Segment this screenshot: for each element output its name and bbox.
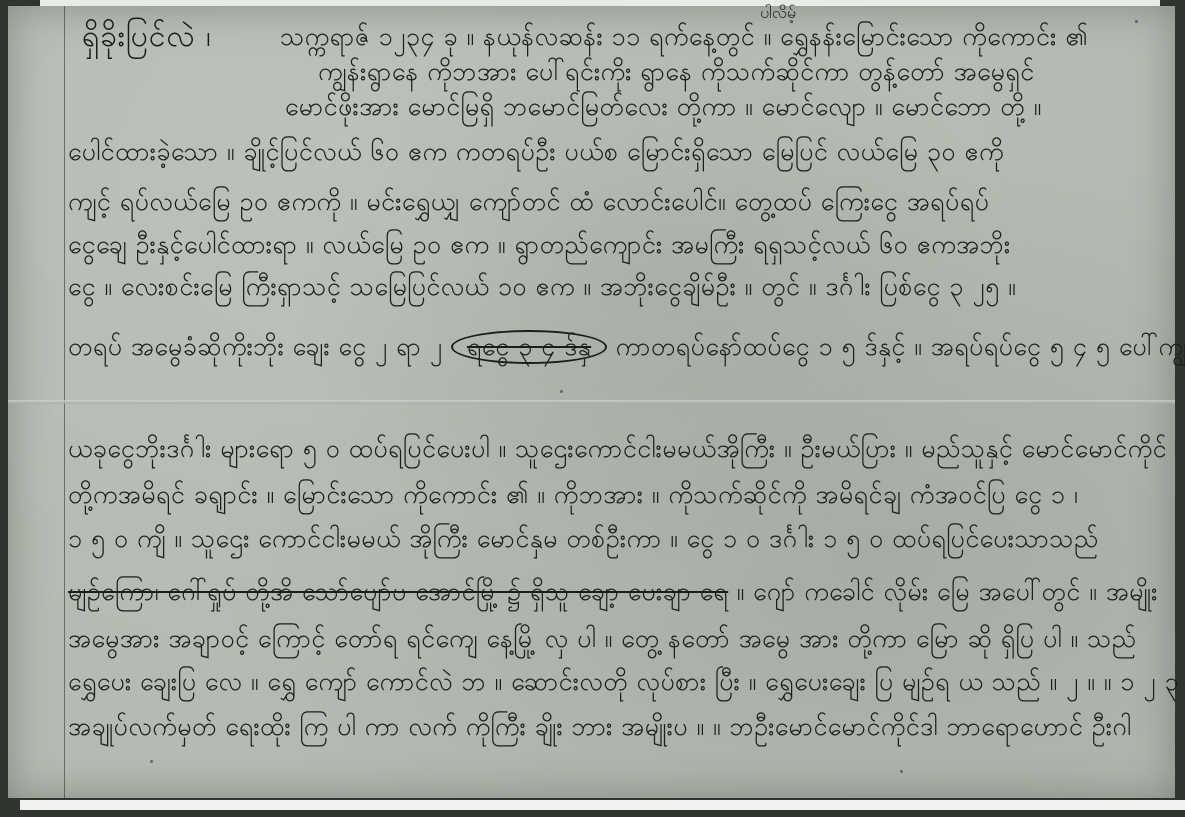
lower-line-4: မျဉ်ကြော၊ ဂေါ်ရှုပ် တို့အိ သော်ပျော်ပ အေ…: [68, 575, 1158, 609]
manuscript-heading: ရှိခိုးပြင်လဲ ၊: [82, 16, 212, 61]
lower-line-3: ၁ ၅ ဝ ကျိ ။ သူဌေး ကောင်ငါးမမယ် အိုကြီး မ…: [68, 522, 1099, 556]
paper-speck: [900, 770, 903, 773]
lower-line-4-tail: ။ ဂျော် ကခေါင် လိုမ်း မြေ အပေါ်တွင် ။ အမ…: [737, 577, 1158, 606]
upper-line-8-text: တရပ် အမွေခံဆိုကိုးဘိုး ချေး ငွေ ၂ ရာ ၂: [68, 332, 443, 361]
upper-line-7: ငွေ ။ လေးစင်းမြေ ကြီးရှာသင့် သမြေပြင်လယ်…: [68, 270, 1016, 304]
struck-through-passage: မျဉ်ကြော၊ ဂေါ်ရှုပ် တို့အိ သော်ပျော်ပ အေ…: [68, 577, 728, 606]
upper-line-6: ငွေချေ ဦးနှင့်ပေါင်ထားရာ ။ လယ်မြေ ဥဝ ဧက …: [68, 228, 1011, 262]
lower-line-7: အချုပ်လက်မှတ် ရေးထိုး ကြ ပါ ကာ လက် ကိုကြ…: [68, 710, 1131, 744]
lower-line-2: တို့ကအမိရင် ခရျာင်း ။ မြောင်းသော ကိုကောင…: [68, 478, 1078, 512]
lower-line-1: ယခုငွေဘိုးဒင်္ဂါး များရော ၅ ဝ ထပ်ရပြင်ပေ…: [68, 432, 1167, 466]
fold-crease: [8, 400, 1175, 404]
upper-line-5: ကျင့် ရပ်လယ်မြေ ဥဝ ဧကကို ။ မင်းရွှေယျှ က…: [68, 185, 989, 219]
upper-line-2: ကျွန်းရွာနေ ကိုဘအား ပေါ်ရင်းကိုး ရွာနေ က…: [318, 55, 1035, 89]
circled-phrase: ရငွေ ၃ ၄ ဒ်နှ: [451, 330, 607, 364]
lower-line-5: အမွေအား အချာဝင့် ကြောင့် တော်ရ ရင်ကျေ နေ…: [68, 622, 1136, 656]
paper-speck: [560, 390, 563, 393]
upper-line-8-tail: ကာတရပ်နော်ထပ်ငွေ ၁ ၅ ဒ်နှင့် ။ အရပ်ရပ်ငွ…: [616, 332, 1185, 361]
upper-line-8: တရပ် အမွေခံဆိုကိုးဘိုး ချေး ငွေ ၂ ရာ ၂ ရ…: [68, 330, 1185, 364]
paper-speck: [1135, 20, 1138, 23]
upper-line-1: သက္ကရာဇ် ၁၂၃၄ ခု ။ နယုန်လဆန်း ၁၁ ရက်နေ့တ…: [280, 20, 1088, 54]
paper-speck: [150, 760, 153, 763]
bottom-edge-strip: [20, 800, 1185, 810]
upper-line-3: မောင်ဖိုးအား မောင်မြရှိ ဘမောင်မြတ်လေး တိ…: [285, 90, 1042, 124]
upper-line-4: ပေါင်ထားခဲ့သော ။ ချိုင့်ပြင်လယ် ၆ဝ ဧက ကတ…: [68, 135, 1004, 169]
lower-line-6: ရွှေပေး ချေးပြ လေ ။ ရွှေ ကျော် ကောင်လဲ ဘ…: [68, 665, 1185, 699]
